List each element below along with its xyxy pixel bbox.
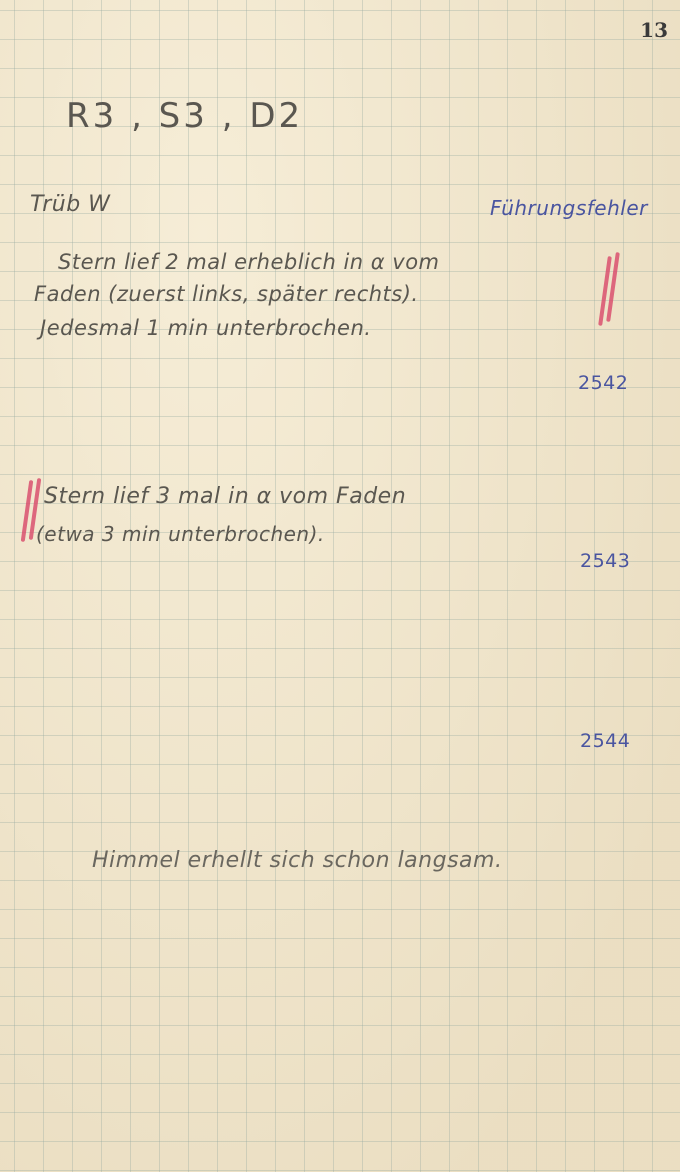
page-number: 13 (640, 18, 668, 42)
observation-heading: R3 , S3 , D2 (66, 96, 303, 136)
entry-2-line-2: (etwa 3 min unterbrochen). (36, 522, 325, 546)
entry-1-line-2: Faden (zuerst links, später rechts). (34, 282, 419, 306)
entry-2-line-1: Stern lief 3 mal in α vom Faden (44, 484, 406, 509)
entry-2-number: 2543 (580, 550, 630, 572)
entry-1-number: 2542 (578, 372, 628, 394)
weather-label: Trüb W (30, 192, 110, 217)
footer-note: Himmel erhellt sich schon langsam. (92, 848, 502, 873)
entry-3-number: 2544 (580, 730, 630, 752)
guiding-error-label: Führungsfehler (490, 196, 648, 220)
entry-1-line-1: Stern lief 2 mal erheblich in α vom (58, 250, 440, 274)
entry-1-line-3: Jedesmal 1 min unterbrochen. (40, 316, 371, 340)
notebook-page: 13 R3 , S3 , D2 Trüb W Führungsfehler St… (0, 0, 680, 1172)
